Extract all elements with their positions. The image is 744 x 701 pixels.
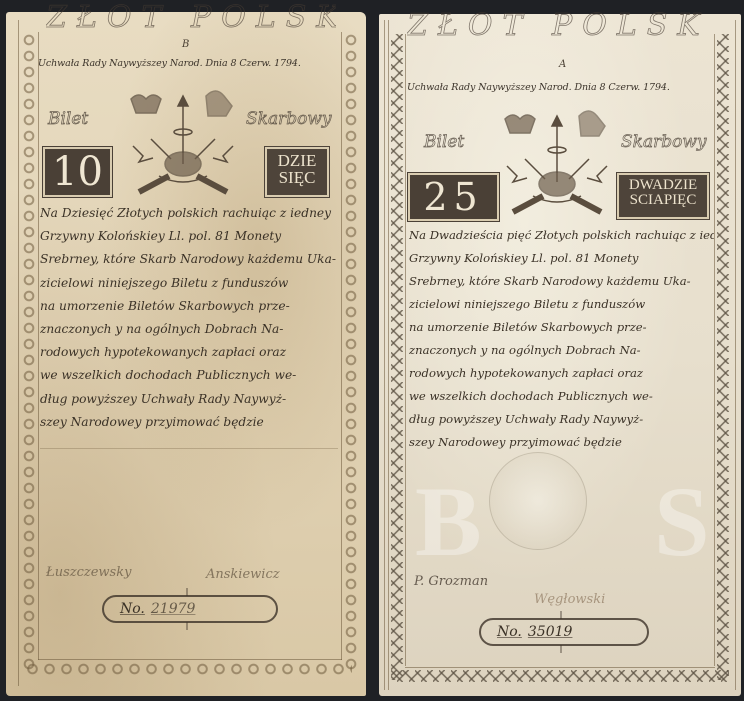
banknote-10-zlotych: ZŁOT POLSKICH B Uchwała Rady Naywyższey … — [6, 12, 366, 696]
body-line: na umorzenie Biletów Skarbowych prze- — [40, 295, 340, 318]
body-line: Srebrney, które Skarb Narodowy każdemu U… — [409, 270, 714, 293]
series-letter: B — [182, 39, 189, 50]
signature: Anskiewicz — [206, 567, 280, 582]
serial-cartouche: No. 35019 — [479, 618, 649, 646]
denomination-numeral-box: 10 — [46, 150, 109, 194]
body-line: szey Narodowey przyimować będzie — [40, 411, 340, 434]
border-rule — [38, 659, 342, 660]
body-line: na umorzenie Biletów Skarbowych prze- — [409, 316, 714, 339]
serial-cartouche: No. 21979 — [102, 595, 278, 623]
banknote-25-zlotych: ZŁOT POLSKICH A Uchwała Rady Naywyższey … — [379, 14, 741, 696]
denomination-numeral: 25 — [423, 175, 483, 219]
title-skarbowy: Skarbowy — [621, 132, 706, 152]
denomination-word-box: DWADZIE SCIAPIĘC — [620, 176, 706, 216]
body-line: rodowych hypotekowanych zapłaci oraz — [409, 362, 714, 385]
denomination-word-line: SCIAPIĘC — [620, 193, 706, 208]
bottom-beaded-border — [24, 662, 352, 676]
body-line: zicielowi niniejszego Biletu z funduszów — [40, 272, 340, 295]
signature: P. Grozman — [414, 574, 488, 589]
body-line: Grzywny Kolońskiey Ll. pol. 81 Monety — [40, 225, 340, 248]
decree-line: Uchwała Rady Naywyższey Narod. Dnia 8 Cz… — [407, 82, 670, 93]
watermark-letter: B — [415, 464, 482, 579]
border-rule — [18, 20, 19, 686]
border-rule — [405, 34, 406, 666]
coat-of-arms-emblem — [497, 104, 622, 219]
series-letter: A — [559, 59, 566, 70]
right-zigzag-border — [717, 34, 729, 680]
serial-number: 35019 — [528, 624, 573, 640]
header-script: ZŁOT POLSKICH — [46, 0, 336, 35]
right-beaded-border — [344, 32, 358, 672]
denomination-numeral: 10 — [52, 149, 103, 195]
title-skarbowy: Skarbowy — [246, 109, 331, 129]
body-line: znaczonych y na ogólnych Dobrach Na- — [40, 318, 340, 341]
border-rule — [384, 20, 385, 690]
border-rule — [735, 20, 736, 690]
serial-label: No. — [120, 601, 145, 617]
denomination-numeral-box: 25 — [411, 176, 496, 218]
fold-line — [40, 448, 338, 449]
watermark-letter: S — [654, 464, 710, 579]
signature: Węgłowski — [534, 592, 605, 607]
body-line: dług powyższey Uchwały Rady Naywyż- — [409, 408, 714, 431]
decree-line: Uchwała Rady Naywyższey Narod. Dnia 8 Cz… — [38, 58, 301, 69]
border-rule — [714, 34, 715, 666]
denomination-word-line: SIĘC — [268, 169, 326, 186]
body-line: Na Dziesięć Złotych polskich rachuiąc z … — [40, 202, 340, 225]
body-line: Srebrney, które Skarb Narodowy każdemu U… — [40, 248, 340, 271]
body-line: znaczonych y na ogólnych Dobrach Na- — [409, 339, 714, 362]
body-line: rodowych hypotekowanych zapłaci oraz — [40, 341, 340, 364]
body-line: zicielowi niniejszego Biletu z funduszów — [409, 293, 714, 316]
body-line: szey Narodowey przyimować będzie — [409, 431, 714, 454]
border-rule — [405, 667, 715, 668]
serial-number: 21979 — [151, 601, 196, 617]
denomination-word-line: DZIE — [268, 152, 326, 169]
border-rule — [341, 32, 342, 660]
body-line: Grzywny Kolońskiey Ll. pol. 81 Monety — [409, 247, 714, 270]
dry-seal-embossing — [489, 452, 587, 550]
body-line: Na Dwadzieścia pięć Złotych polskich rac… — [409, 224, 714, 247]
left-beaded-border — [22, 32, 36, 672]
border-rule — [38, 32, 39, 660]
left-zigzag-border — [391, 34, 403, 680]
serial-label: No. — [497, 624, 522, 640]
denomination-word-line: DWADZIE — [620, 178, 706, 193]
header-script: ZŁOT POLSKICH — [407, 8, 707, 43]
denomination-word-box: DZIE SIĘC — [268, 150, 326, 194]
coat-of-arms-emblem — [121, 84, 246, 199]
bottom-zigzag-border — [391, 670, 729, 682]
promise-text: Na Dziesięć Złotych polskich rachuiąc z … — [40, 202, 340, 434]
border-rule — [388, 20, 389, 690]
title-bilet: Bilet — [424, 132, 464, 152]
body-line: we wszelkich dochodach Publicznych we- — [409, 385, 714, 408]
promise-text: Na Dwadzieścia pięć Złotych polskich rac… — [409, 224, 714, 454]
body-line: we wszelkich dochodach Publicznych we- — [40, 364, 340, 387]
title-bilet: Bilet — [48, 109, 88, 129]
signature: Łuszczewsky — [46, 565, 131, 580]
body-line: dług powyższey Uchwały Rady Naywyż- — [40, 388, 340, 411]
